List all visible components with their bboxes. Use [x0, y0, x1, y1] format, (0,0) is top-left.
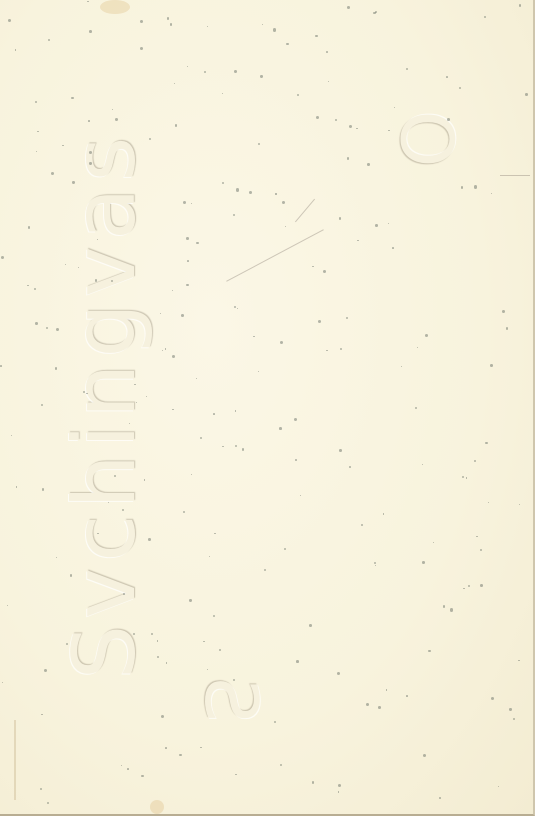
- speck: [509, 708, 511, 710]
- speck: [415, 407, 418, 410]
- speck: [309, 624, 312, 627]
- speck: [374, 562, 376, 564]
- speck: [323, 270, 326, 273]
- speck: [401, 366, 402, 367]
- speck: [44, 669, 47, 672]
- speck: [72, 181, 74, 183]
- speck: [46, 327, 48, 329]
- speck: [328, 81, 329, 82]
- speck: [274, 721, 276, 723]
- speck: [172, 290, 173, 291]
- speck: [70, 574, 72, 576]
- speck: [207, 26, 208, 27]
- speck: [235, 410, 237, 412]
- speck: [480, 549, 482, 551]
- speck: [339, 449, 342, 452]
- speck: [148, 538, 151, 541]
- speck: [157, 640, 159, 642]
- speck: [97, 239, 98, 240]
- speck: [346, 317, 348, 319]
- speck: [375, 224, 378, 227]
- speck: [518, 660, 520, 662]
- speck: [115, 118, 118, 121]
- speck: [170, 23, 173, 26]
- paper-card: Svchingvas O S: [0, 0, 535, 816]
- speck: [222, 182, 224, 184]
- speck: [439, 797, 441, 799]
- speck: [406, 695, 408, 697]
- speck: [326, 350, 328, 352]
- speck: [157, 656, 159, 658]
- speck: [468, 585, 470, 587]
- speck: [296, 660, 299, 663]
- speck: [11, 435, 12, 436]
- speck: [35, 322, 38, 325]
- speck: [474, 460, 476, 462]
- speck: [366, 703, 369, 706]
- speck: [463, 588, 465, 590]
- speck: [312, 266, 313, 267]
- speck: [519, 4, 522, 7]
- speck: [95, 279, 98, 282]
- speck: [112, 109, 113, 110]
- speck: [406, 68, 409, 71]
- speck: [433, 542, 434, 543]
- speck: [189, 599, 191, 601]
- speck: [34, 288, 36, 290]
- speck: [127, 768, 129, 770]
- speck: [234, 70, 237, 73]
- speck: [392, 247, 394, 249]
- speck: [191, 474, 192, 475]
- speck: [491, 193, 492, 194]
- speck: [295, 459, 297, 461]
- speck: [282, 201, 285, 204]
- speck: [286, 43, 288, 45]
- scratch: [295, 199, 315, 223]
- speck: [51, 172, 54, 175]
- speck: [233, 214, 235, 216]
- scratch: [500, 175, 530, 176]
- speck: [417, 347, 418, 348]
- speck: [179, 754, 182, 757]
- speck: [506, 327, 509, 330]
- scratch: [226, 229, 324, 282]
- speck: [316, 116, 319, 119]
- speck: [167, 17, 169, 19]
- stain: [150, 800, 164, 814]
- speck: [222, 93, 223, 94]
- speck: [174, 83, 175, 84]
- speck: [425, 334, 428, 337]
- speck: [37, 131, 38, 132]
- speck: [89, 162, 91, 164]
- speck: [249, 191, 252, 194]
- speck: [41, 714, 43, 716]
- speck: [56, 328, 59, 331]
- speck: [260, 75, 262, 77]
- speck: [175, 124, 177, 126]
- speck: [347, 157, 349, 159]
- speck: [474, 185, 477, 188]
- speck: [253, 336, 254, 337]
- stain: [100, 0, 130, 14]
- speck: [71, 97, 74, 100]
- speck: [461, 186, 463, 188]
- speck: [349, 125, 352, 128]
- speck: [318, 320, 321, 323]
- speck: [450, 608, 453, 611]
- speck: [339, 217, 342, 220]
- speck: [181, 314, 184, 317]
- speck: [326, 51, 328, 53]
- speck: [428, 650, 431, 653]
- speck: [446, 76, 448, 78]
- speck: [488, 502, 489, 503]
- speck: [297, 94, 299, 96]
- speck: [258, 371, 259, 372]
- speck: [187, 66, 188, 67]
- speck: [203, 641, 205, 643]
- speck: [338, 784, 341, 787]
- speck: [196, 378, 197, 379]
- speck: [166, 662, 168, 664]
- speck: [480, 584, 483, 587]
- speck: [141, 775, 144, 778]
- speck: [87, 1, 88, 2]
- speck: [294, 418, 297, 421]
- speck: [349, 466, 351, 468]
- speck: [7, 605, 8, 606]
- embossed-text: Svchingvas: [55, 131, 155, 680]
- speck: [186, 237, 189, 240]
- speck: [165, 747, 167, 749]
- speck: [484, 16, 486, 18]
- speck: [337, 672, 340, 675]
- speck: [386, 689, 387, 690]
- speck: [47, 802, 49, 804]
- speck: [423, 754, 426, 757]
- speck: [27, 285, 29, 287]
- speck: [285, 226, 286, 227]
- speck: [491, 697, 494, 700]
- speck: [502, 310, 505, 313]
- edge-wear: [14, 720, 16, 800]
- speck: [89, 151, 92, 154]
- speck: [340, 348, 342, 350]
- speck: [388, 130, 389, 131]
- speck: [183, 511, 185, 513]
- speck: [361, 524, 363, 526]
- speck: [335, 119, 337, 121]
- speck: [466, 477, 467, 478]
- speck: [186, 284, 189, 287]
- speck: [375, 565, 376, 566]
- speck: [273, 28, 276, 31]
- speck: [235, 774, 236, 775]
- speck: [8, 19, 11, 22]
- speck: [40, 788, 42, 790]
- speck: [233, 679, 235, 681]
- speck: [422, 561, 425, 564]
- speck: [422, 464, 423, 465]
- speck: [172, 355, 175, 358]
- speck: [15, 49, 17, 51]
- speck: [200, 747, 201, 748]
- speck: [447, 118, 450, 121]
- speck: [367, 163, 370, 166]
- speck: [388, 223, 389, 224]
- speck: [1, 256, 4, 259]
- speck: [160, 313, 162, 315]
- speck: [459, 87, 461, 89]
- speck: [151, 633, 153, 635]
- speck: [258, 143, 260, 145]
- speck: [262, 24, 263, 25]
- speck: [236, 188, 239, 191]
- speck: [16, 486, 18, 488]
- speck: [89, 30, 92, 33]
- speck: [122, 509, 124, 511]
- speck: [121, 765, 122, 766]
- speck: [28, 226, 30, 228]
- speck: [394, 107, 396, 109]
- speck: [513, 718, 515, 720]
- embossed-mark-top: O: [384, 111, 468, 174]
- speck: [242, 448, 245, 451]
- speck: [35, 101, 37, 103]
- speck: [183, 201, 186, 204]
- speck: [42, 488, 44, 490]
- speck: [172, 409, 173, 410]
- speck: [196, 242, 198, 244]
- speck: [209, 556, 210, 557]
- speck: [140, 47, 143, 50]
- speck: [490, 364, 493, 367]
- speck: [476, 536, 477, 537]
- speck: [187, 260, 189, 262]
- speck: [284, 548, 286, 550]
- speck: [2, 682, 3, 683]
- speck: [222, 446, 223, 447]
- speck: [356, 128, 358, 130]
- speck: [525, 93, 528, 96]
- speck: [191, 203, 192, 204]
- speck: [140, 20, 143, 23]
- speck: [213, 615, 215, 617]
- speck: [357, 240, 358, 241]
- speck: [234, 306, 236, 308]
- speck: [219, 649, 221, 651]
- speck: [88, 120, 90, 122]
- speck: [485, 442, 488, 445]
- speck: [204, 71, 206, 73]
- speck: [315, 35, 318, 38]
- speck: [347, 6, 350, 9]
- speck: [41, 404, 43, 406]
- speck: [48, 39, 50, 41]
- speck: [275, 193, 276, 194]
- speck: [498, 786, 499, 787]
- speck: [162, 350, 163, 351]
- speck: [373, 12, 375, 14]
- speck: [312, 781, 315, 784]
- speck: [200, 437, 202, 439]
- speck: [161, 715, 164, 718]
- speck: [279, 427, 282, 430]
- speck: [264, 569, 266, 571]
- speck: [86, 393, 87, 394]
- speck: [0, 365, 2, 367]
- speck: [338, 791, 339, 792]
- speck: [235, 445, 237, 447]
- speck: [383, 513, 385, 515]
- speck: [237, 308, 238, 309]
- speck: [462, 476, 464, 478]
- speck: [213, 413, 215, 415]
- speck: [443, 605, 446, 608]
- speck: [36, 151, 37, 152]
- speck: [280, 341, 283, 344]
- speck: [165, 348, 166, 349]
- speck: [123, 593, 125, 595]
- speck: [519, 504, 520, 505]
- embossed-mark-bottom: S: [189, 671, 273, 723]
- speck: [214, 533, 216, 535]
- speck: [378, 706, 381, 709]
- speck: [300, 495, 301, 496]
- speck: [280, 764, 282, 766]
